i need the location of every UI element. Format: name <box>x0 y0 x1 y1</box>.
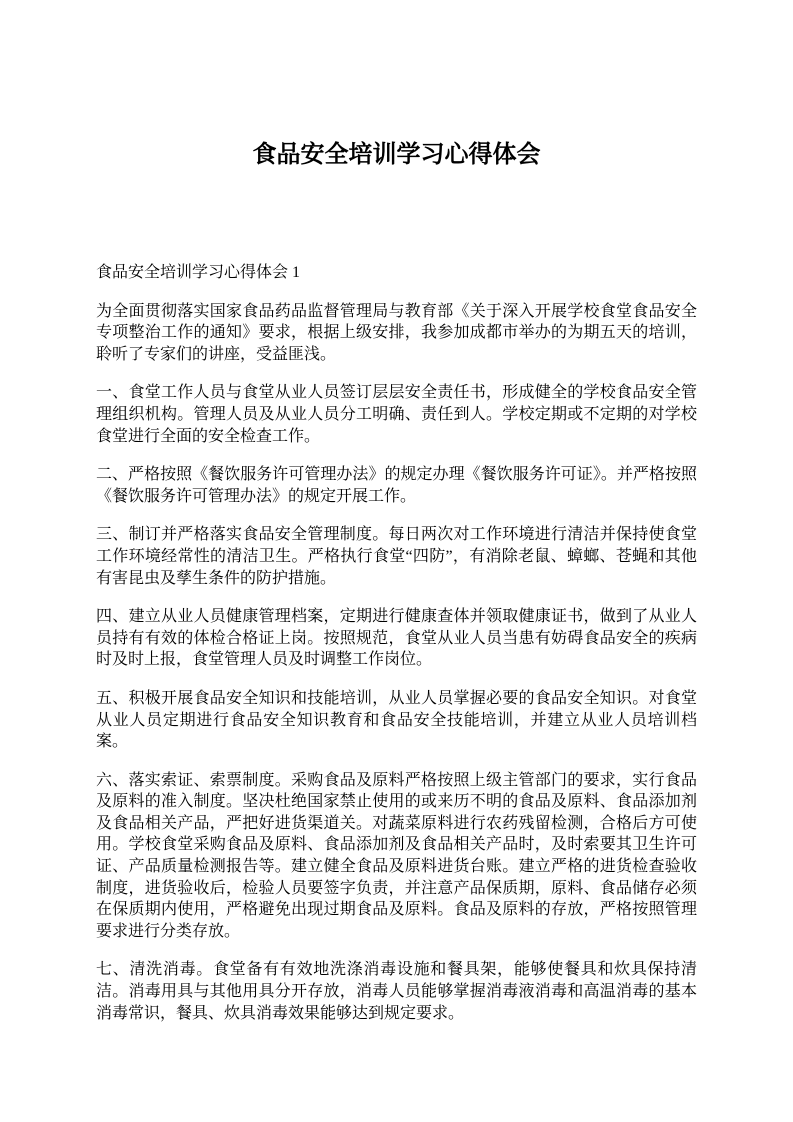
section-heading: 食品安全培训学习心得体会 1 <box>96 262 697 284</box>
body-paragraph: 一、食堂工作人员与食堂从业人员签订层层安全责任书，形成健全的学校食品安全管理组织… <box>96 382 697 447</box>
body-paragraph: 四、建立从业人员健康管理档案，定期进行健康查体并领取健康证书，做到了从业人员持有… <box>96 606 697 671</box>
body-paragraph: 三、制订并严格落实食品安全管理制度。每日两次对工作环境进行清洁并保持使食堂工作环… <box>96 524 697 589</box>
body-paragraph: 六、落实索证、索票制度。采购食品及原料严格按照上级主管部门的要求，实行食品及原料… <box>96 770 697 943</box>
document-body: 食品安全培训学习心得体会 1 为全面贯彻落实国家食品药品监督管理局与教育部《关于… <box>96 262 697 1024</box>
document-page: 食品安全培训学习心得体会 食品安全培训学习心得体会 1 为全面贯彻落实国家食品药… <box>0 0 793 1122</box>
paragraph-list: 为全面贯彻落实国家食品药品监督管理局与教育部《关于深入开展学校食堂食品安全专项整… <box>96 301 697 1025</box>
body-paragraph: 为全面贯彻落实国家食品药品监督管理局与教育部《关于深入开展学校食堂食品安全专项整… <box>96 301 697 366</box>
body-paragraph: 七、清洗消毒。食堂备有有效地洗涤消毒设施和餐具架，能够使餐具和炊具保持清洁。消毒… <box>96 959 697 1024</box>
body-paragraph: 五、积极开展食品安全知识和技能培训，从业人员掌握必要的食品安全知识。对食堂从业人… <box>96 688 697 753</box>
body-paragraph: 二、严格按照《餐饮服务许可管理办法》的规定办理《餐饮服务许可证》。并严格按照《餐… <box>96 464 697 507</box>
document-title: 食品安全培训学习心得体会 <box>0 0 793 171</box>
